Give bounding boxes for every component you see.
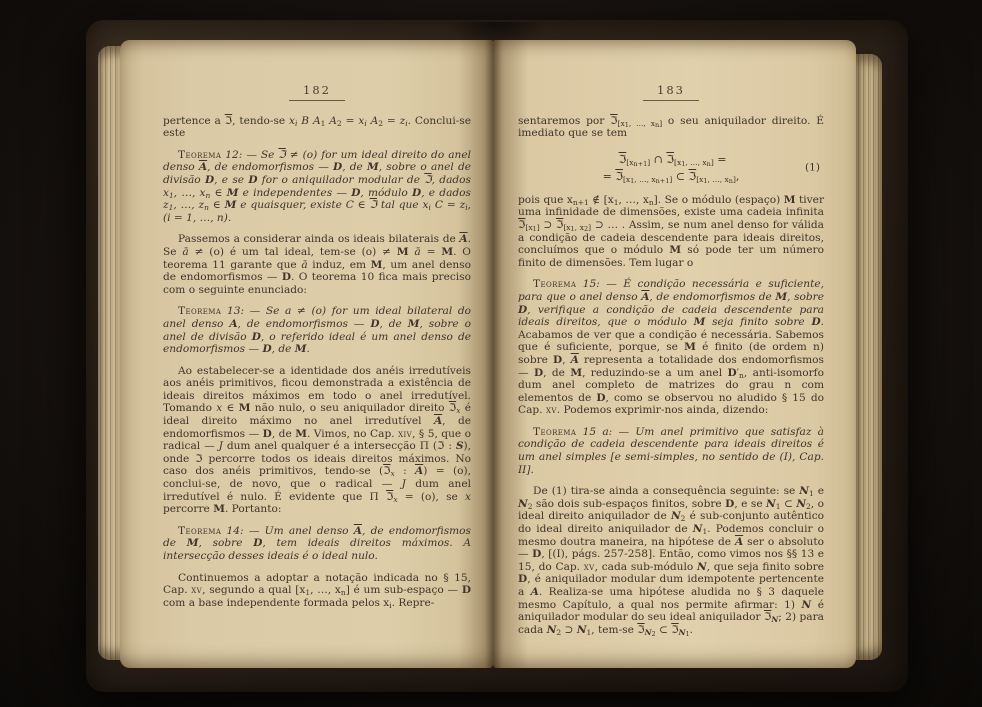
page-number-label: 183 xyxy=(643,84,699,101)
body-paragraph: sentaremos por ℑ[x1, …, xn] o seu aniqui… xyxy=(518,115,824,140)
right-page-text: 183 sentaremos por ℑ[x1, …, xn] o seu an… xyxy=(518,84,824,636)
page-number-label: 182 xyxy=(289,84,345,101)
theorem-paragraph: Teorema 15 a: — Um anel primitivo que sa… xyxy=(518,426,824,476)
body-paragraph: pois que xn+1 ∉ [x1, …, xn]. Se o módulo… xyxy=(518,194,824,270)
page-number-right: 183 xyxy=(518,84,824,101)
theorem-paragraph: Teorema 13: — Se a ≠ (o) for um ideal bi… xyxy=(163,305,471,355)
right-page-paragraphs: sentaremos por ℑ[x1, …, xn] o seu aniqui… xyxy=(518,115,824,637)
page-edge-stack-right xyxy=(856,54,882,660)
body-paragraph: Passemos a considerar ainda os ideais bi… xyxy=(163,233,471,296)
theorem-paragraph: Teorema 15: — É condição necessária e su… xyxy=(518,278,824,417)
left-page-text: 182 pertence a ℑ, tendo-se xi B A1 A2 = … xyxy=(163,84,471,609)
equation-number: (1) xyxy=(805,161,820,174)
equation-block: ℑ[xn+1] ∩ ℑ[x1, …, xn] == ℑ[x1, …, xn+1]… xyxy=(518,151,824,185)
theorem-paragraph: Teorema 12: — Se ℑ ≠ (o) for um ideal di… xyxy=(163,149,471,225)
body-paragraph: De (1) tira-se ainda a consequência segu… xyxy=(518,485,824,636)
book-photo-scene: 182 pertence a ℑ, tendo-se xi B A1 A2 = … xyxy=(0,0,982,707)
left-page-paragraphs: pertence a ℑ, tendo-se xi B A1 A2 = xi A… xyxy=(163,115,471,610)
body-paragraph: pertence a ℑ, tendo-se xi B A1 A2 = xi A… xyxy=(163,115,471,140)
body-paragraph: Continuemos a adoptar a notação indicada… xyxy=(163,572,471,610)
page-number-left: 182 xyxy=(163,84,471,101)
theorem-paragraph: Teorema 14: — Um anel denso A, de endomo… xyxy=(163,525,471,563)
equation-lines: ℑ[xn+1] ∩ ℑ[x1, …, xn] == ℑ[x1, …, xn+1]… xyxy=(603,151,740,185)
body-paragraph: Ao estabelecer-se a identidade dos anéis… xyxy=(163,365,471,516)
